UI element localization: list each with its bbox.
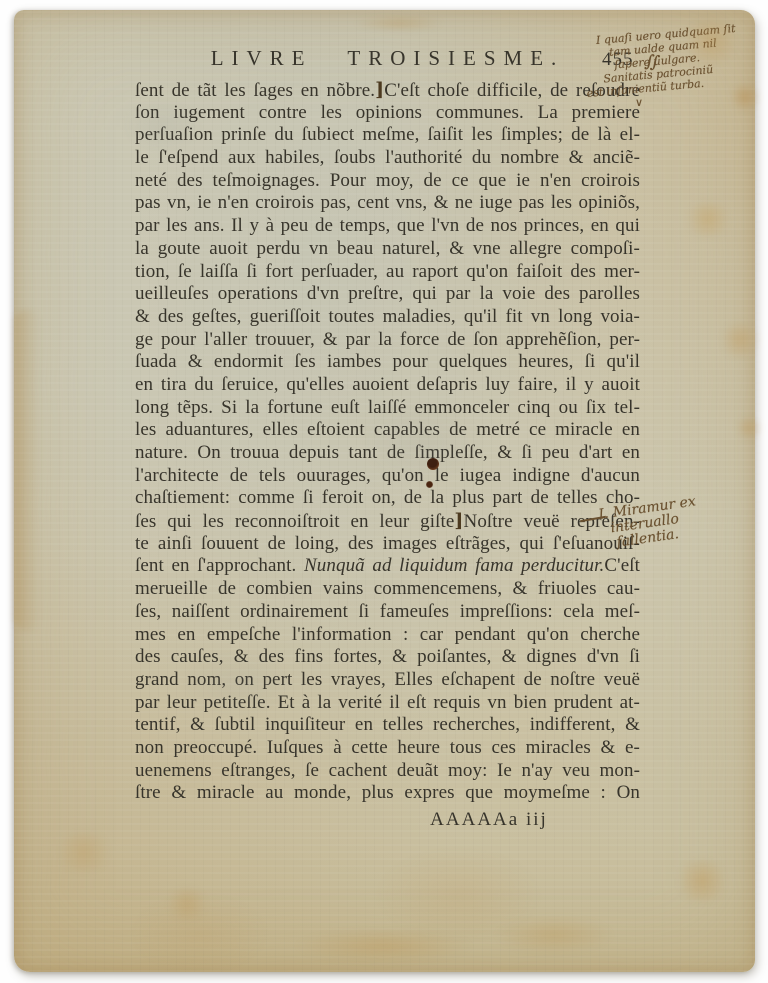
text-segment: ſes, naiſſent ordinairement ſi fameuſes … bbox=[135, 601, 640, 622]
text-line: ſent de tãt les ſages en nõbre.]C'eſt ch… bbox=[135, 79, 640, 102]
text-line: nature. On trouua depuis tant de ſimpleſ… bbox=[135, 442, 640, 465]
text-segment: non preoccupé. Iuſques à cette heure tou… bbox=[135, 737, 640, 758]
stain bbox=[294, 928, 474, 964]
text-line: pas vn, ie n'en croirois pas, cent vns, … bbox=[135, 192, 640, 215]
text-segment: pas vn, ie n'en croirois pas, cent vns, … bbox=[135, 192, 640, 213]
insertion-squiggle-mark: ∬ bbox=[644, 51, 661, 73]
text-line: en tira du ſeruice, qu'elles auoient deſ… bbox=[135, 374, 640, 397]
ink-blot bbox=[426, 481, 433, 488]
text-segment: ſtre & miracle au monde, plus expres que… bbox=[135, 782, 640, 803]
text-line: des cauſes, & des fins fortes, & poiſant… bbox=[135, 646, 640, 669]
text-line: mes en empeſche l'information : car pend… bbox=[135, 624, 640, 647]
text-line: par leur petiteſſe. Et à la verité il eſ… bbox=[135, 692, 640, 715]
text-line: grand nom, on pert les vrayes, Elles eſc… bbox=[135, 669, 640, 692]
text-segment: la goute auoit perdu vn beau naturel, & … bbox=[135, 238, 640, 259]
text-segment: C'eſt bbox=[604, 555, 640, 576]
text-segment: chaſtiement: comme ſi feroit on, de la p… bbox=[135, 487, 640, 508]
text-segment: par leur petiteſſe. Et à la verité il eſ… bbox=[135, 692, 640, 713]
text-line: te ainſi ſouuent de loing, des images eſ… bbox=[135, 533, 640, 556]
text-line: uenemens eſtranges, ſe cachent deuãt moy… bbox=[135, 760, 640, 783]
text-line: tion, ſe laiſſa ſi fort perſuader, au ra… bbox=[135, 261, 640, 284]
running-title: LIVRE TROISIESME. bbox=[135, 46, 640, 71]
text-segment: grand nom, on pert les vrayes, Elles eſc… bbox=[135, 669, 640, 690]
text-segment: les aduantures, elles eſtoient capables … bbox=[135, 419, 640, 440]
text-line: non preoccupé. Iuſques à cette heure tou… bbox=[135, 737, 640, 760]
insertion-mark: ] bbox=[454, 510, 463, 532]
text-line: ſuada & endormit ſes iambes pour quelque… bbox=[135, 351, 640, 374]
insertion-mark: ] bbox=[375, 79, 384, 101]
ink-blot bbox=[427, 458, 439, 470]
text-segment: ge pour l'aller trouuer, & par la force … bbox=[135, 329, 640, 350]
text-line: la goute auoit perdu vn beau naturel, & … bbox=[135, 238, 640, 261]
printed-text-block: ſent de tãt les ſages en nõbre.]C'eſt ch… bbox=[135, 79, 640, 805]
text-segment: ſent de tãt les ſages en nõbre. bbox=[135, 80, 375, 101]
signature-mark: AAAAAa iij bbox=[314, 809, 664, 831]
stain bbox=[682, 202, 734, 236]
text-line: ſes, naiſſent ordinairement ſi fameuſes … bbox=[135, 601, 640, 624]
text-line: l'architecte de tels ouurages, qu'on le … bbox=[135, 465, 640, 488]
text-segment: des cauſes, & des fins fortes, & poiſant… bbox=[135, 646, 640, 667]
text-segment: tentif, & ſubtil inquiſiteur en telles r… bbox=[135, 714, 640, 735]
text-line: perſuaſion prinſe du ſubiect meſme, ſaiſ… bbox=[135, 124, 640, 147]
stain bbox=[164, 888, 210, 920]
text-line: merueille de combien vains commencemens,… bbox=[135, 578, 640, 601]
text-segment: mes en empeſche l'information : car pend… bbox=[135, 624, 640, 645]
text-segment: long tẽps. Si la fortune euſt laiſſé emm… bbox=[135, 397, 640, 418]
stain bbox=[494, 915, 614, 955]
text-line: ueilleuſes operations d'vn preſtre, qui … bbox=[135, 283, 640, 306]
text-line: long tẽps. Si la fortune euſt laiſſé emm… bbox=[135, 397, 640, 420]
text-line: tentif, & ſubtil inquiſiteur en telles r… bbox=[135, 714, 640, 737]
text-line: les aduantures, elles eſtoient capables … bbox=[135, 419, 640, 442]
text-line: le ſ'eſpend aux habiles, ſoubs l'authori… bbox=[135, 147, 640, 170]
stain bbox=[14, 310, 40, 630]
text-segment: ſuada & endormit ſes iambes pour quelque… bbox=[135, 351, 640, 372]
text-segment: ſon iugement contre les opinions commune… bbox=[135, 102, 640, 123]
marginal-note-top: I quaſi uero quidquam ſittam ualde quam … bbox=[582, 17, 768, 100]
text-line: chaſtiement: comme ſi feroit on, de la p… bbox=[135, 487, 640, 510]
text-segment: l'architecte de tels ouurages, qu'on le … bbox=[135, 465, 640, 486]
caret-mark: ∨ bbox=[635, 96, 643, 109]
stain bbox=[736, 415, 762, 441]
text-segment: ueilleuſes operations d'vn preſtre, qui … bbox=[135, 283, 640, 304]
text-segment: merueille de combien vains commencemens,… bbox=[135, 578, 640, 599]
text-line: & des geſtes, gueriſſoit toutes maladies… bbox=[135, 306, 640, 329]
text-segment: en tira du ſeruice, qu'elles auoient deſ… bbox=[135, 374, 640, 395]
stain bbox=[720, 320, 760, 360]
text-segment: tion, ſe laiſſa ſi fort perſuader, au ra… bbox=[135, 261, 640, 282]
text-segment: & des geſtes, gueriſſoit toutes maladies… bbox=[135, 306, 640, 327]
text-segment: ſent en ſ'approchant. bbox=[135, 555, 304, 576]
text-line: ſes qui les reconnoiſtroit en leur giſte… bbox=[135, 510, 640, 533]
text-segment: le ſ'eſpend aux habiles, ſoubs l'authori… bbox=[135, 147, 640, 168]
stain bbox=[354, 14, 444, 32]
text-segment: ſes qui les reconnoiſtroit en leur giſte bbox=[135, 511, 454, 532]
stain bbox=[54, 832, 114, 872]
text-line: par les ans. Il y à peu de temps, que l'… bbox=[135, 215, 640, 238]
text-segment: nature. On trouua depuis tant de ſimpleſ… bbox=[135, 442, 640, 463]
text-segment: par les ans. Il y à peu de temps, que l'… bbox=[135, 215, 640, 236]
text-segment: neté des teſmoignages. Pour moy, de ce q… bbox=[135, 170, 640, 191]
text-line: neté des teſmoignages. Pour moy, de ce q… bbox=[135, 170, 640, 193]
scanned-page-view: LIVRE TROISIESME. 455 ſent de tãt les ſa… bbox=[0, 0, 768, 983]
text-line: ſtre & miracle au monde, plus expres que… bbox=[135, 782, 640, 805]
book-page: LIVRE TROISIESME. 455 ſent de tãt les ſa… bbox=[14, 10, 755, 972]
stain bbox=[674, 860, 730, 902]
text-line: ſent en ſ'approchant. Nunquã ad liquidum… bbox=[135, 555, 640, 578]
latin-quote: Nunquã ad liquidum fama perducitur. bbox=[304, 555, 604, 576]
text-segment: perſuaſion prinſe du ſubiect meſme, ſaiſ… bbox=[135, 124, 640, 145]
text-line: ge pour l'aller trouuer, & par la force … bbox=[135, 329, 640, 352]
text-segment: te ainſi ſouuent de loing, des images eſ… bbox=[135, 533, 640, 554]
text-line: ſon iugement contre les opinions commune… bbox=[135, 102, 640, 125]
text-segment: uenemens eſtranges, ſe cachent deuãt moy… bbox=[135, 760, 640, 781]
